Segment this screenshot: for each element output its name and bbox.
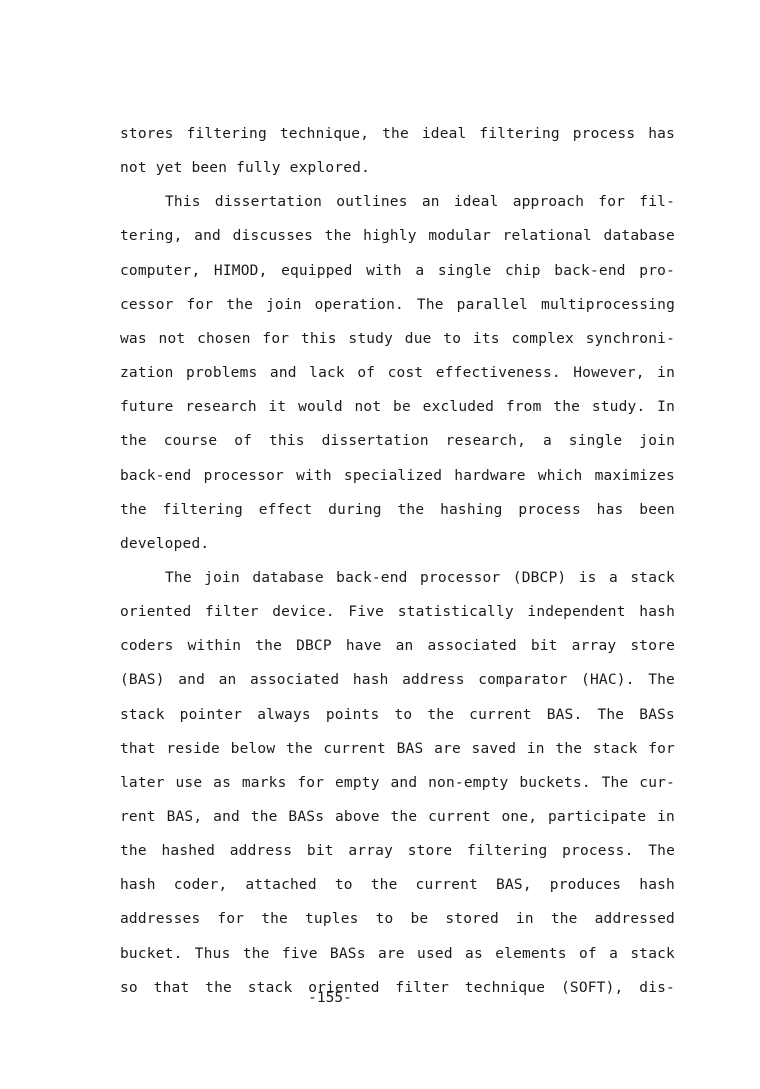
text-line: the course of this dissertation research… xyxy=(120,431,675,451)
text-line: cessor for the join operation. The paral… xyxy=(120,295,675,315)
text-line: stores filtering technique, the ideal fi… xyxy=(120,124,675,144)
text-line: rent BAS, and the BASs above the current… xyxy=(120,807,675,827)
text-line: future research it would not be excluded… xyxy=(120,397,675,417)
text-line: developed. xyxy=(120,534,675,554)
text-line: addresses for the tuples to be stored in… xyxy=(120,909,675,929)
text-line: coders within the DBCP have an associate… xyxy=(120,636,675,656)
text-line: (BAS) and an associated hash address com… xyxy=(120,670,675,690)
text-line: the filtering effect during the hashing … xyxy=(120,500,675,520)
text-line: stack pointer always points to the curre… xyxy=(120,705,675,725)
page-number: -155- xyxy=(0,988,710,1008)
text-line: computer, HIMOD, equipped with a single … xyxy=(120,261,675,281)
text-line: later use as marks for empty and non-emp… xyxy=(120,773,675,793)
text-line: the hashed address bit array store filte… xyxy=(120,841,675,861)
text-line: oriented filter device. Five statistical… xyxy=(120,602,675,622)
text-line: that reside below the current BAS are sa… xyxy=(120,739,675,759)
text-line: The join database back-end processor (DB… xyxy=(165,568,675,588)
text-line: hash coder, attached to the current BAS,… xyxy=(120,875,675,895)
text-line: not yet been fully explored. xyxy=(120,158,675,178)
text-line: was not chosen for this study due to its… xyxy=(120,329,675,349)
text-line: bucket. Thus the five BASs are used as e… xyxy=(120,944,675,964)
text-line: back-end processor with specialized hard… xyxy=(120,466,675,486)
text-line: This dissertation outlines an ideal appr… xyxy=(165,192,675,212)
text-line: tering, and discusses the highly modular… xyxy=(120,226,675,246)
document-page: stores filtering technique, the ideal fi… xyxy=(0,0,760,1089)
text-line: zation problems and lack of cost effecti… xyxy=(120,363,675,383)
